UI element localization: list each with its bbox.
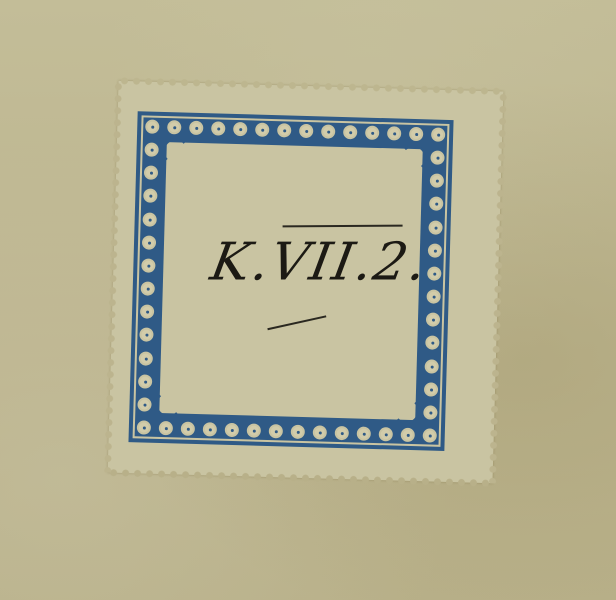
bead-ornament-icon [429, 197, 443, 211]
bead-ornament-icon [137, 420, 151, 434]
bead-ornament-icon [426, 313, 440, 327]
bead-ornament-icon [423, 428, 437, 442]
label-panel: K.VII.2. [159, 142, 422, 420]
bead-ornament-icon [140, 305, 154, 319]
bead-ornament-icon [365, 126, 379, 140]
bead-ornament-icon [167, 120, 181, 134]
bead-ornament-icon [141, 281, 155, 295]
bead-ornament-icon [343, 125, 357, 139]
bead-ornament-icon [269, 424, 283, 438]
bead-ornament-icon [137, 397, 151, 411]
bead-ornament-icon [233, 122, 247, 136]
bead-ornament-icon [181, 422, 195, 436]
handwritten-shelfmark: K.VII.2. [206, 233, 457, 293]
bead-ornament-icon [255, 123, 269, 137]
bead-ornament-icon [142, 212, 156, 226]
bead-ornament-icon [144, 143, 158, 157]
bead-ornament-icon [299, 124, 313, 138]
bead-ornament-icon [409, 127, 423, 141]
handwritten-overline [283, 225, 403, 228]
bead-ornament-icon [423, 405, 437, 419]
bead-ornament-icon [144, 166, 158, 180]
bead-ornament-icon [425, 359, 439, 373]
bead-ornament-icon [430, 151, 444, 165]
blue-beaded-frame: K.VII.2. [128, 111, 453, 451]
bead-ornament-icon [430, 174, 444, 188]
bead-ornament-icon [335, 426, 349, 440]
bead-ornament-icon [203, 422, 217, 436]
stamp-label: K.VII.2. [108, 81, 504, 484]
bead-ornament-icon [431, 127, 445, 141]
bead-ornament-icon [425, 336, 439, 350]
bead-ornament-icon [291, 425, 305, 439]
bead-ornament-icon [321, 124, 335, 138]
bead-ornament-icon [247, 423, 261, 437]
bead-ornament-icon [189, 121, 203, 135]
handwritten-underline [267, 315, 326, 330]
ornament-top-left-icon [162, 138, 189, 165]
bead-ornament-icon [424, 382, 438, 396]
bead-ornament-icon [142, 235, 156, 249]
bead-ornament-icon [143, 189, 157, 203]
bead-ornament-icon [387, 126, 401, 140]
bead-ornament-icon [357, 426, 371, 440]
bead-ornament-icon [277, 123, 291, 137]
bead-ornament-icon [211, 121, 225, 135]
bead-ornament-icon [138, 374, 152, 388]
bead-ornament-icon [139, 351, 153, 365]
bead-ornament-icon [139, 328, 153, 342]
bead-ornament-icon [401, 428, 415, 442]
bead-ornament-icon [141, 258, 155, 272]
bead-ornament-icon [379, 427, 393, 441]
bead-ornament-icon [225, 423, 239, 437]
bead-ornament-icon [313, 425, 327, 439]
bead-ornament-icon [159, 421, 173, 435]
bead-ornament-icon [145, 119, 159, 133]
